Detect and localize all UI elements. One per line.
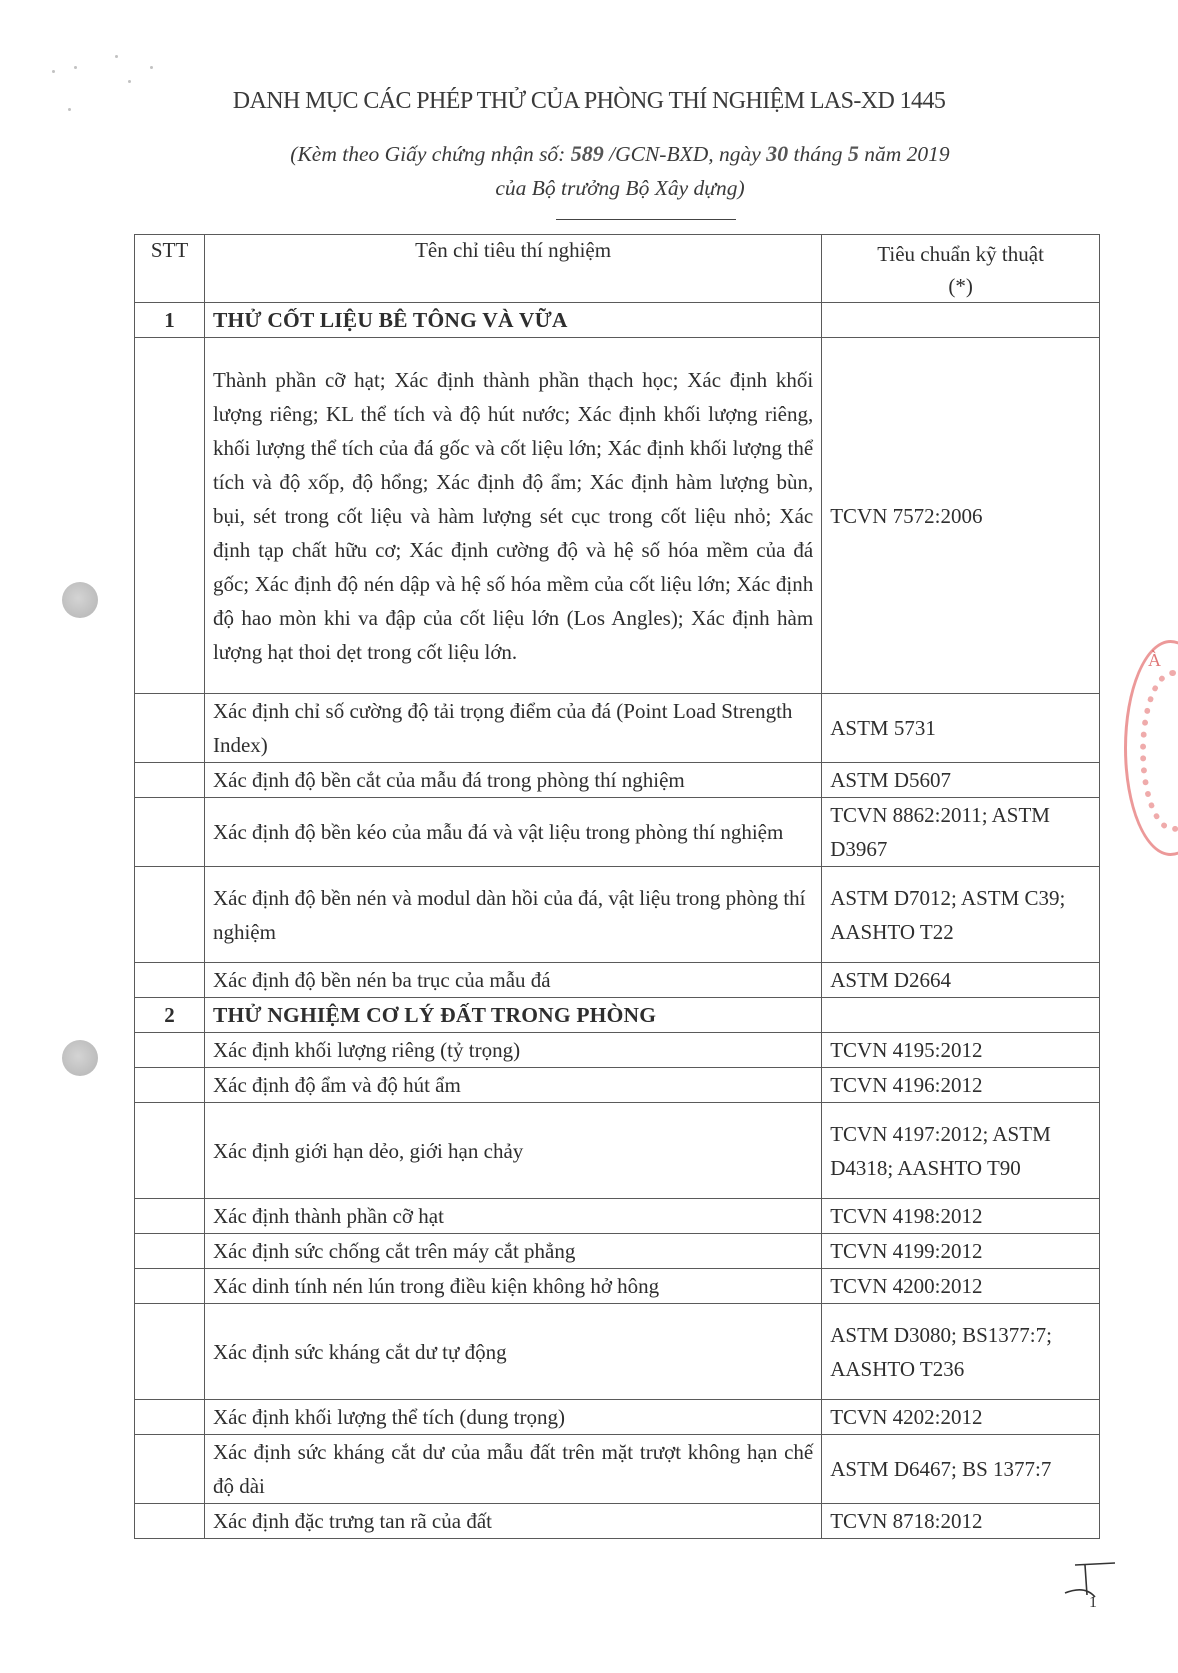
row-stt xyxy=(135,1199,205,1234)
scan-speckle xyxy=(115,55,118,58)
table-row: Xác định độ bền nén ba trục của mẫu đáAS… xyxy=(135,963,1100,998)
row-stt xyxy=(135,1304,205,1400)
row-test-name: Xác định độ ẩm và độ hút ẩm xyxy=(204,1068,821,1103)
row-test-name: Xác định thành phần cỡ hạt xyxy=(204,1199,821,1234)
section-row: 2THỬ NGHIỆM CƠ LÝ ĐẤT TRONG PHÒNG xyxy=(135,998,1100,1033)
table-header-row: STT Tên chỉ tiêu thí nghiệm Tiêu chuẩn k… xyxy=(135,235,1100,303)
row-standard: TCVN 4198:2012 xyxy=(822,1199,1100,1234)
row-standard: ASTM D5607 xyxy=(822,763,1100,798)
table-row: Xác định độ bền nén và modul dàn hồi của… xyxy=(135,867,1100,963)
table-row: Xác định độ ẩm và độ hút ẩmTCVN 4196:201… xyxy=(135,1068,1100,1103)
row-standard: TCVN 8862:2011; ASTM D3967 xyxy=(822,798,1100,867)
scan-speckle xyxy=(74,66,77,69)
subtitle-mid2: tháng xyxy=(788,142,848,166)
table-row: Xác định độ bền kéo của mẫu đá và vật li… xyxy=(135,798,1100,867)
row-test-name: Xác định sức kháng cắt dư tự động xyxy=(204,1304,821,1400)
table-row: Xác định giới hạn dẻo, giới hạn chảyTCVN… xyxy=(135,1103,1100,1199)
row-standard: TCVN 7572:2006 xyxy=(822,338,1100,694)
row-standard: ASTM D3080; BS1377:7; AASHTO T236 xyxy=(822,1304,1100,1400)
header-standard-line2: (*) xyxy=(948,274,973,298)
scan-speckle xyxy=(150,66,153,69)
table-row: Xác định sức kháng cắt dư của mẫu đất tr… xyxy=(135,1435,1100,1504)
subtitle-mid1: /GCN-BXD, ngày xyxy=(604,142,766,166)
row-stt xyxy=(135,763,205,798)
row-test-name: Xác định độ bền nén ba trục của mẫu đá xyxy=(204,963,821,998)
row-standard: TCVN 8718:2012 xyxy=(822,1504,1100,1539)
scan-speckle xyxy=(128,80,131,83)
title-underline xyxy=(556,219,736,220)
row-standard: TCVN 4199:2012 xyxy=(822,1234,1100,1269)
row-standard: TCVN 4200:2012 xyxy=(822,1269,1100,1304)
row-standard xyxy=(822,303,1100,338)
document-title: DANH MỤC CÁC PHÉP THỬ CỦA PHÒNG THÍ NGHI… xyxy=(0,88,1178,115)
row-test-name: THỬ NGHIỆM CƠ LÝ ĐẤT TRONG PHÒNG xyxy=(204,998,821,1033)
table-row: Xác định đặc trưng tan rã của đấtTCVN 87… xyxy=(135,1504,1100,1539)
row-test-name: Xác định khối lượng thể tích (dung trọng… xyxy=(204,1400,821,1435)
row-stt xyxy=(135,798,205,867)
header-stt: STT xyxy=(135,235,205,303)
header-standard: Tiêu chuẩn kỹ thuật (*) xyxy=(822,235,1100,303)
row-standard: TCVN 4195:2012 xyxy=(822,1033,1100,1068)
table-row: Xác định sức chống cắt trên máy cắt phẳn… xyxy=(135,1234,1100,1269)
punch-hole xyxy=(62,1040,98,1076)
row-stt: 2 xyxy=(135,998,205,1033)
punch-hole xyxy=(62,582,98,618)
row-standard: TCVN 4202:2012 xyxy=(822,1400,1100,1435)
row-standard: TCVN 4196:2012 xyxy=(822,1068,1100,1103)
table-row: Xác định khối lượng riêng (tỷ trọng)TCVN… xyxy=(135,1033,1100,1068)
row-stt xyxy=(135,1400,205,1435)
table-row: Xác dinh tính nén lún trong điều kiện kh… xyxy=(135,1269,1100,1304)
row-test-name: Xác định sức chống cắt trên máy cắt phẳn… xyxy=(204,1234,821,1269)
table-row: Xác định chỉ số cường độ tải trọng điểm … xyxy=(135,694,1100,763)
header-test-name: Tên chỉ tiêu thí nghiệm xyxy=(204,235,821,303)
row-test-name: Xác định sức kháng cắt dư của mẫu đất tr… xyxy=(204,1435,821,1504)
certificate-month: 5 xyxy=(848,141,859,166)
row-test-name: Xác định độ bền kéo của mẫu đá và vật li… xyxy=(204,798,821,867)
table-row: Thành phần cỡ hạt; Xác định thành phần t… xyxy=(135,338,1100,694)
row-standard: ASTM D6467; BS 1377:7 xyxy=(822,1435,1100,1504)
row-stt xyxy=(135,963,205,998)
row-test-name: Xác định độ bền cắt của mẫu đá trong phò… xyxy=(204,763,821,798)
row-standard xyxy=(822,998,1100,1033)
table-row: Xác định khối lượng thể tích (dung trọng… xyxy=(135,1400,1100,1435)
document-subtitle: (Kèm theo Giấy chứng nhận số: 589 /GCN-B… xyxy=(190,137,1050,205)
row-test-name: Xác định độ bền nén và modul dàn hồi của… xyxy=(204,867,821,963)
certificate-number: 589 xyxy=(571,141,604,166)
row-test-name: THỬ CỐT LIỆU BÊ TÔNG VÀ VỮA xyxy=(204,303,821,338)
table-row: Xác định độ bền cắt của mẫu đá trong phò… xyxy=(135,763,1100,798)
row-stt xyxy=(135,1234,205,1269)
table-row: Xác định thành phần cỡ hạtTCVN 4198:2012 xyxy=(135,1199,1100,1234)
row-stt xyxy=(135,1435,205,1504)
section-row: 1THỬ CỐT LIỆU BÊ TÔNG VÀ VỮA xyxy=(135,303,1100,338)
row-standard: ASTM D2664 xyxy=(822,963,1100,998)
subtitle-mid3: năm 2019 xyxy=(859,142,950,166)
test-methods-table: STT Tên chỉ tiêu thí nghiệm Tiêu chuẩn k… xyxy=(134,234,1100,1539)
row-stt xyxy=(135,338,205,694)
row-stt: 1 xyxy=(135,303,205,338)
certificate-day: 30 xyxy=(766,141,788,166)
header-standard-line1: Tiêu chuẩn kỹ thuật xyxy=(877,242,1044,266)
row-stt xyxy=(135,1068,205,1103)
row-test-name: Xác dinh tính nén lún trong điều kiện kh… xyxy=(204,1269,821,1304)
row-stt xyxy=(135,1269,205,1304)
table-row: Xác định sức kháng cắt dư tự độngASTM D3… xyxy=(135,1304,1100,1400)
row-stt xyxy=(135,1033,205,1068)
subtitle-line2: của Bộ trưởng Bộ Xây dựng) xyxy=(495,176,744,200)
row-test-name: Thành phần cỡ hạt; Xác định thành phần t… xyxy=(204,338,821,694)
row-stt xyxy=(135,1504,205,1539)
row-stt xyxy=(135,1103,205,1199)
row-test-name: Xác định đặc trưng tan rã của đất xyxy=(204,1504,821,1539)
page-number: 1 xyxy=(1089,1594,1097,1612)
row-test-name: Xác định khối lượng riêng (tỷ trọng) xyxy=(204,1033,821,1068)
row-test-name: Xác định giới hạn dẻo, giới hạn chảy xyxy=(204,1103,821,1199)
row-stt xyxy=(135,867,205,963)
row-standard: ASTM 5731 xyxy=(822,694,1100,763)
row-standard: TCVN 4197:2012; ASTM D4318; AASHTO T90 xyxy=(822,1103,1100,1199)
subtitle-prefix: (Kèm theo Giấy chứng nhận số: xyxy=(290,142,570,166)
row-test-name: Xác định chỉ số cường độ tải trọng điểm … xyxy=(204,694,821,763)
stamp-letter: À xyxy=(1148,650,1161,671)
scan-speckle xyxy=(52,70,55,73)
row-stt xyxy=(135,694,205,763)
row-standard: ASTM D7012; ASTM C39; AASHTO T22 xyxy=(822,867,1100,963)
